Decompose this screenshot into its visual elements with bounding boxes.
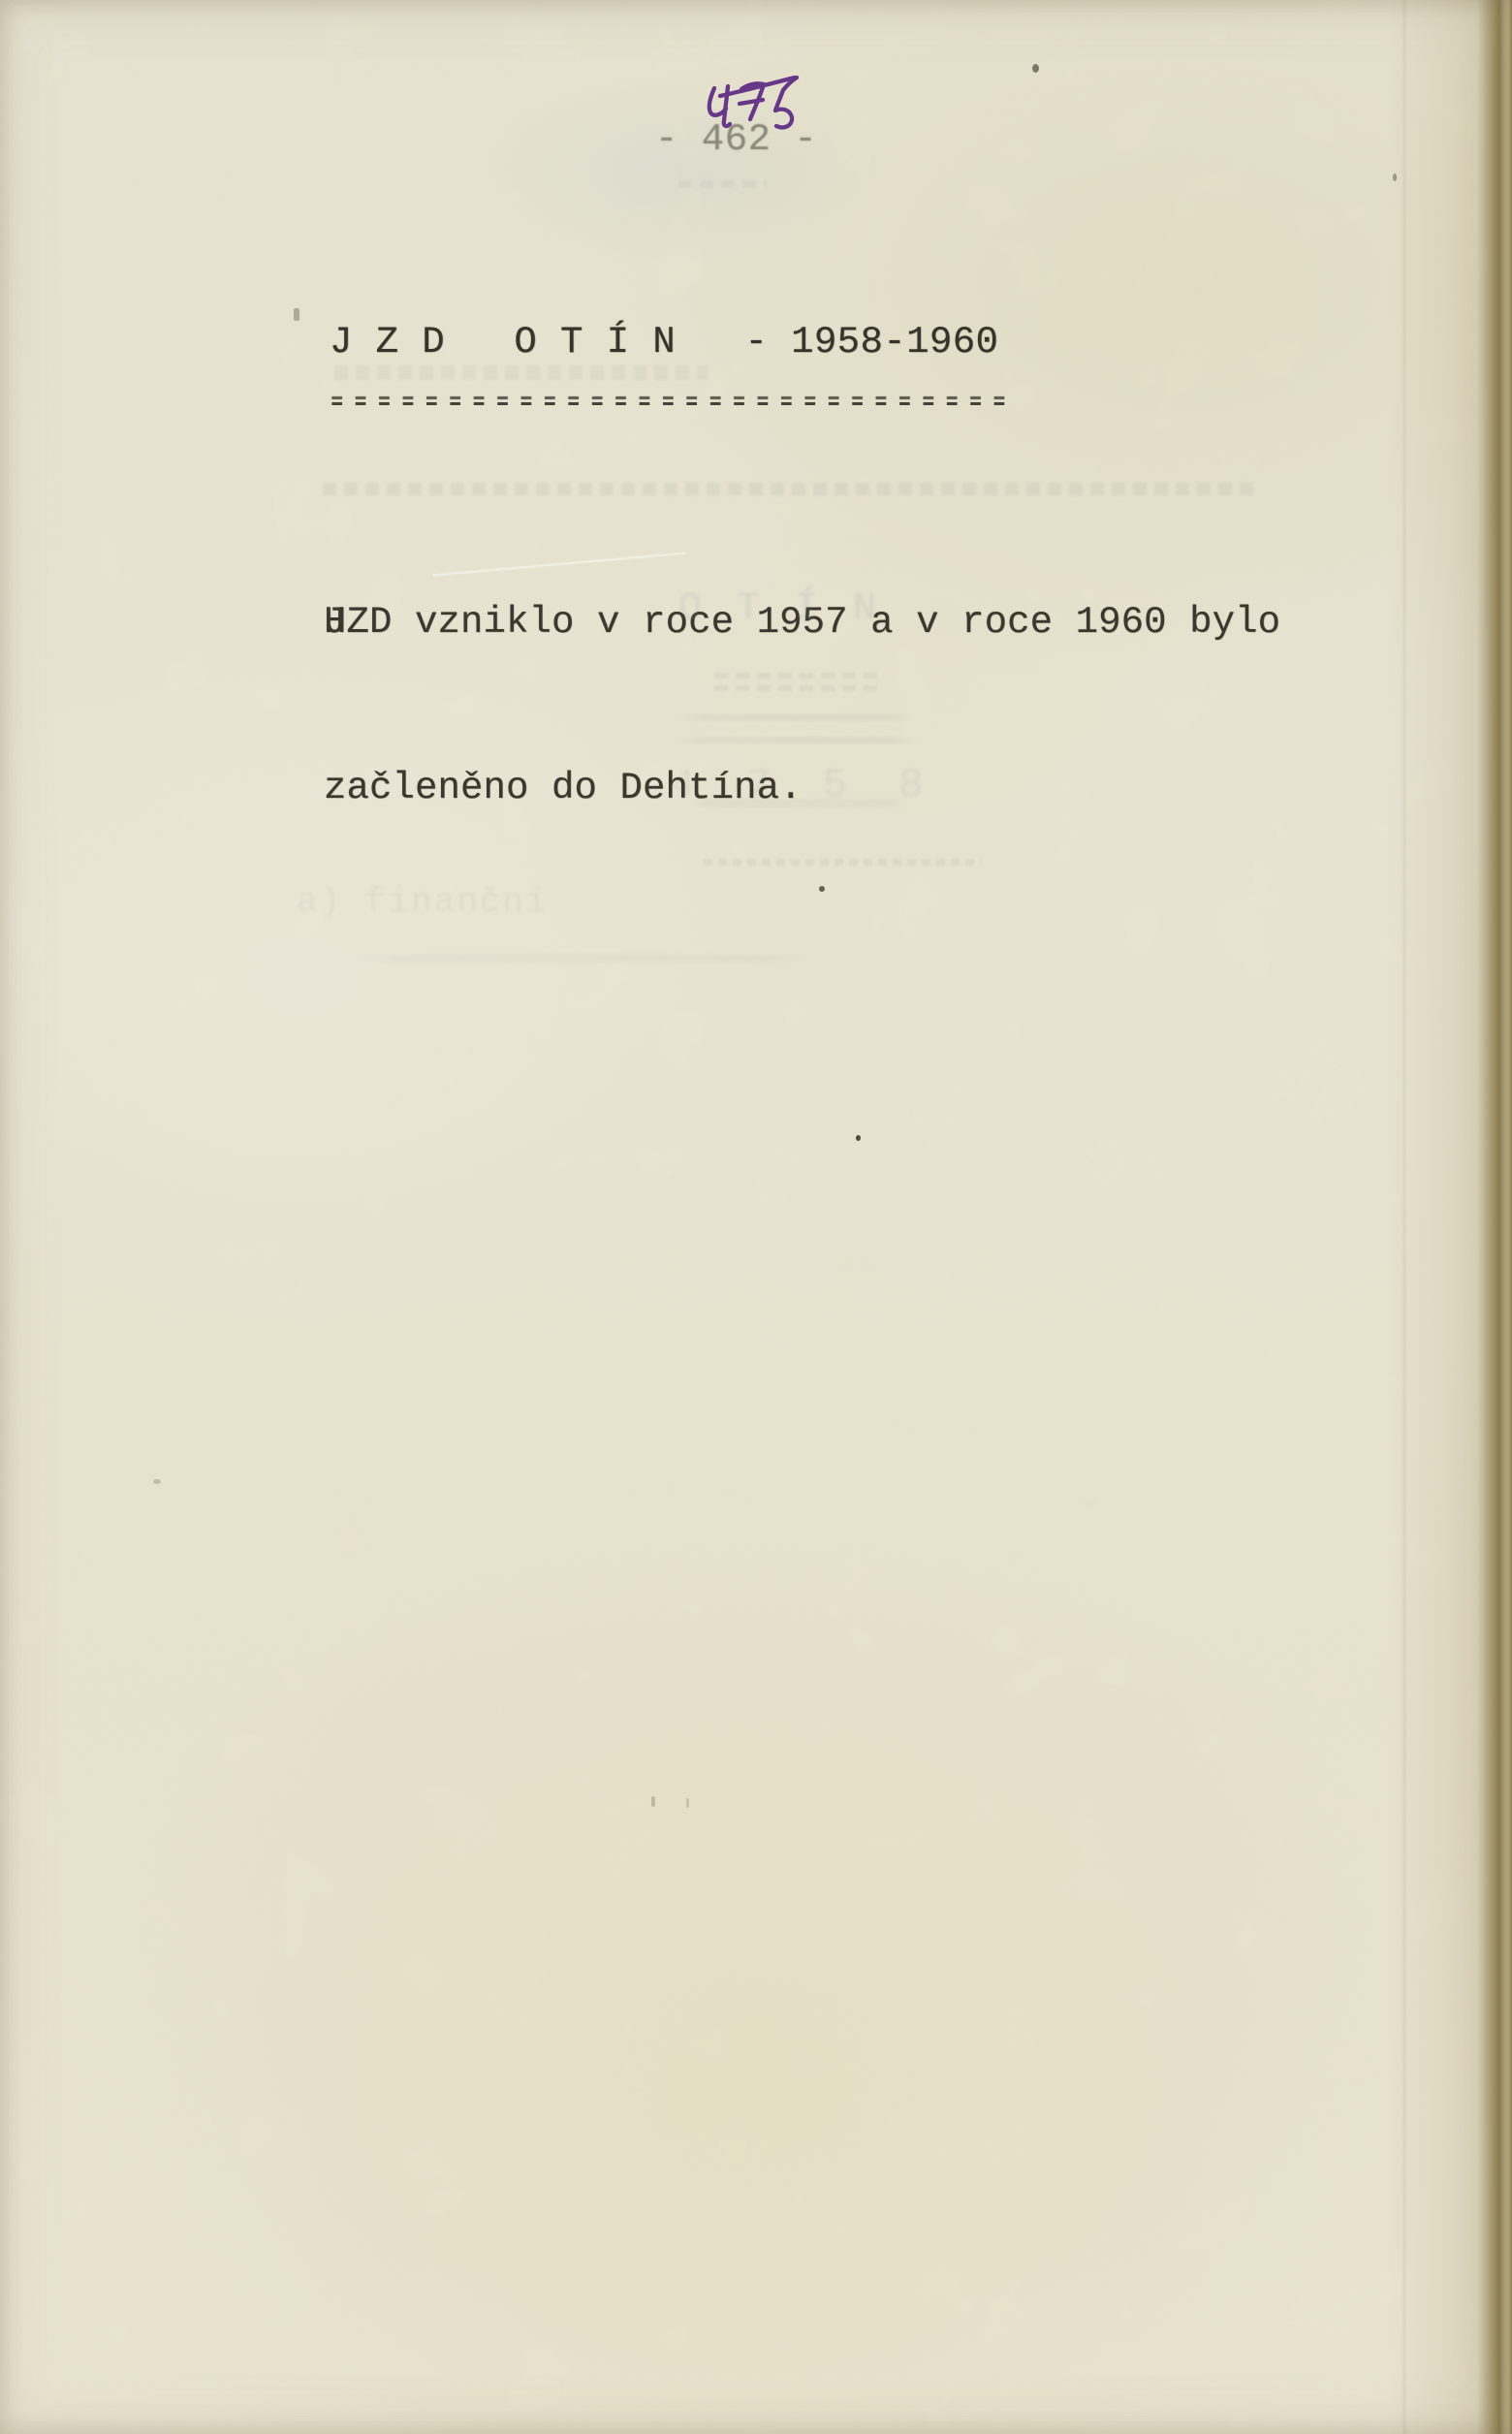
paper-speck — [651, 1796, 655, 1807]
page-edge-band — [1477, 0, 1512, 2434]
title-underline: ----------------------------- — [326, 382, 1012, 415]
paper-speck — [294, 308, 299, 321]
paper-speck — [153, 1479, 161, 1484]
body-line-2: začleněno do Dehtína. — [324, 761, 1280, 816]
paper-texture — [0, 0, 1512, 2434]
overstrike-over: J — [324, 595, 347, 650]
paper-speck — [1032, 64, 1039, 73]
body-paragraph: HJZD vzniklo v roce 1957 a v roce 1960 b… — [324, 485, 1280, 927]
paper-speck — [1393, 174, 1397, 181]
vertical-crease — [1402, 0, 1406, 2434]
paper-speck — [856, 1135, 861, 1141]
document-title: J Z D O T Í N - 1958-1960 — [330, 320, 998, 364]
typed-page-number: - 462 - — [655, 120, 817, 159]
body-line-1: HJZD vzniklo v roce 1957 a v roce 1960 b… — [324, 595, 1280, 650]
paper-speck — [819, 886, 825, 892]
stroke-7-cross — [740, 100, 763, 104]
scanned-document-page: 475 - 462 - J Z D O T Í N - 1958-1960 --… — [0, 0, 1512, 2434]
paper-speck — [686, 1798, 689, 1808]
overstruck-letter: HJ — [324, 595, 347, 650]
body-line-1-text: ZD vzniklo v roce 1957 a v roce 1960 byl… — [347, 601, 1281, 644]
